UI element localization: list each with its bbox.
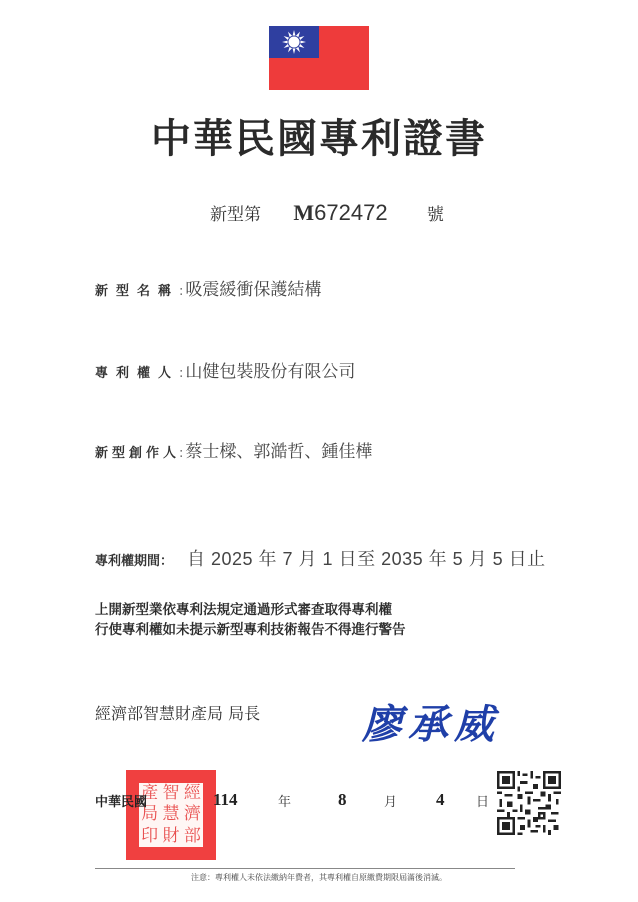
certificate-title: 中華民國專利證書 (0, 107, 638, 164)
field-creators: 新型創作人 : 蔡士樑、郭澔哲、鍾佳樺 (95, 437, 372, 462)
month-unit: 月 (384, 791, 436, 810)
field-patentee: 專利權人 : 山健包裝股份有限公司 (95, 357, 355, 382)
seal-char: 印 (139, 826, 160, 847)
official-seal: 產 智 經 局 慧 濟 印 財 部 (126, 770, 216, 860)
day-unit: 日 (476, 791, 498, 810)
patent-term: 專利權期間： 自 2025 年 7 月 1 日至 2035 年 5 月 5 日止 (95, 545, 546, 571)
seal-char: 財 (160, 826, 181, 847)
legal-notice: 上開新型業依專利法規定通過形式審查取得專利權 行使專利權如未提示新型專利技術報告… (95, 600, 406, 640)
issuer-title: 經濟部智慧財產局 局長 (95, 701, 260, 724)
footer-divider (95, 868, 515, 869)
colon: : (179, 366, 183, 381)
field-value: 山健包裝股份有限公司 (185, 357, 355, 382)
issue-date-era: 中華民國 (95, 791, 165, 810)
issue-date: 中華民國 114 年 8 月 4 日 (換發) (95, 790, 533, 810)
qr-code-icon[interactable] (497, 771, 561, 835)
patent-term-value: 自 2025 年 7 月 1 日至 2035 年 5 月 5 日止 (187, 545, 546, 571)
field-label: 專利權人 (95, 362, 179, 381)
field-label: 新型創作人 (95, 442, 179, 461)
patent-term-label: 專利權期間： (95, 550, 187, 569)
field-label: 新型名稱 (95, 280, 179, 299)
year-unit: 年 (278, 791, 338, 810)
field-utility-model-name: 新型名稱 : 吸震緩衝保護結構 (95, 275, 321, 300)
patent-number: 新型第 M672472 號 (210, 200, 444, 226)
notice-line-1: 上開新型業依專利法規定通過形式審查取得專利權 (95, 600, 406, 620)
issue-year: 114 (213, 790, 253, 810)
patent-number-prefix: 新型第 (210, 200, 288, 225)
director-signature: 廖承威 (362, 693, 500, 750)
issue-month: 8 (338, 790, 384, 810)
colon: : (179, 446, 183, 461)
taiwan-flag (269, 26, 369, 90)
footnote: 注意：專利權人未依法繳納年費者，其專利權自原繳費期限屆滿後消滅。 (0, 872, 638, 883)
patent-number-value: M672472 (293, 200, 421, 226)
white-sun-icon (277, 28, 311, 56)
patent-number-suffix: 號 (427, 205, 444, 225)
seal-char: 部 (182, 826, 203, 847)
issue-day: 4 (436, 790, 476, 810)
notice-line-2: 行使專利權如未提示新型專利技術報告不得進行警告 (95, 620, 406, 640)
field-value: 蔡士樑、郭澔哲、鍾佳樺 (185, 437, 372, 462)
colon: : (179, 284, 183, 299)
field-value: 吸震緩衝保護結構 (185, 275, 321, 300)
